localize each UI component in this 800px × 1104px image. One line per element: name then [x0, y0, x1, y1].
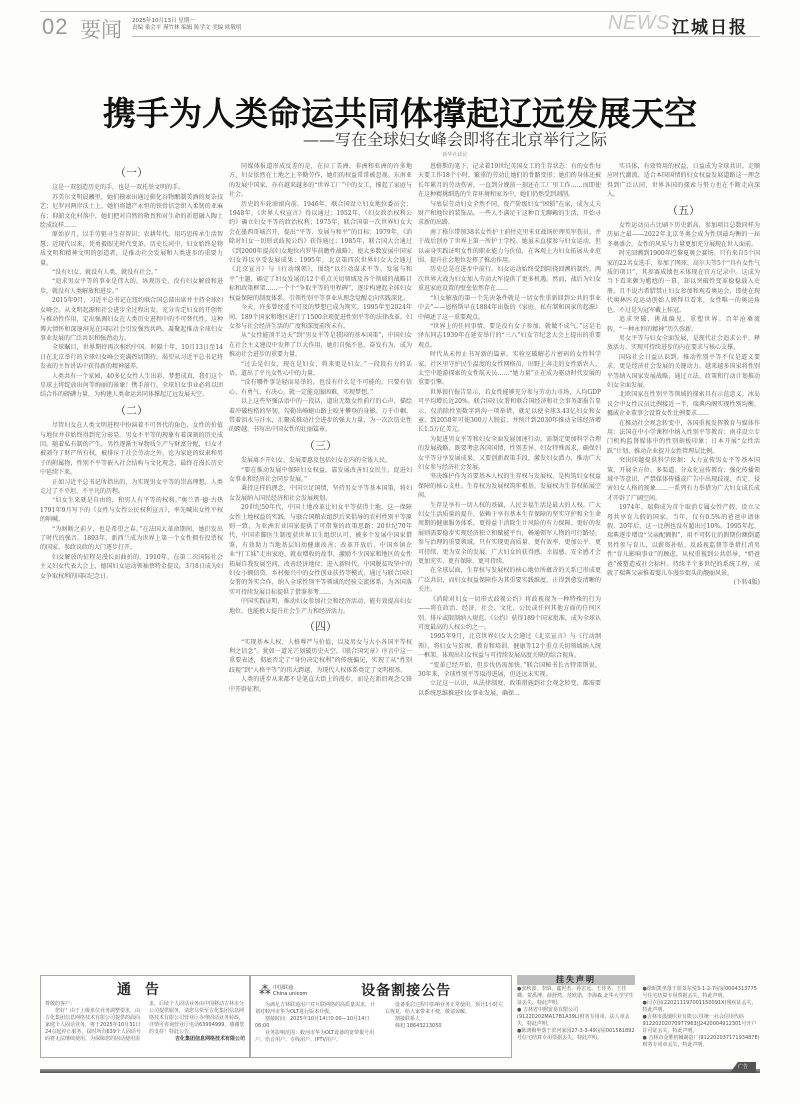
paragraph: 突出问题提供科学依据；大力宣传男女平等基本国策，开展全方位、多渠道、分众化宣传教… [607, 456, 760, 503]
cutover-contact-label: 割接联系人： [385, 1016, 507, 1023]
paragraph: 今天，许多曾经遥不可及的梦想已成为现实。1995年至2024年间，189个国家和… [229, 303, 412, 331]
article-column-1: （一） 这是一双创造历史的手，也是一双托举文明的手。 苏美尔文明晨曦里，她们摸索… [40, 162, 223, 952]
continued-on-page-4: (下转4版) [607, 578, 760, 587]
paragraph: 发展离不开妇女，发展要惠及包括妇女在内的全体人民。 [229, 456, 412, 465]
newspaper-page: 02 要闻 2025年10月13日 星期一 责编 巢会平 瑾竹林 编辑 陈学文 … [40, 0, 760, 1104]
section-name: 要闻 [80, 14, 122, 44]
article-body: （一） 这是一双创造历史的手，也是一双托举文明的手。 苏美尔文明晨曦里，她们摸索… [40, 162, 760, 952]
paragraph: “过去是妇女，现在是妇女，将来更是妇女。”一段段有力的话语，道出了平凡女性心中的… [229, 360, 412, 379]
cutover-impact: 设备重启过程中影响业务正常使用，预计1小时左右恢复，给大家带来不便，敬请谅解。 [385, 1002, 507, 1016]
masthead-meta: 2025年10月13日 星期一 责编 巢会平 瑾竹林 编辑 陈学文 美编 欧敬明 [132, 18, 242, 32]
paragraph: “没有哪件事是轻而易举的，也没有什么是不可能的。只要有信心、有勇气、有决心，就一… [229, 378, 412, 397]
lost-notices-title: 挂失声明 [517, 975, 635, 985]
paragraph: 原始岁月，以手劳驱寻生存智识；农耕年代，用巧思传承生活智慧；近现代以来，凭勇毅眼… [40, 230, 223, 268]
section-heading-3: （三） [229, 441, 412, 450]
section-heading-1: （一） [40, 168, 223, 177]
cutover-contact: 韩旭 18643213050 [385, 1023, 507, 1030]
paragraph: “变革已经开始，但步伐仍需加快。”联合国秘书长古特雷斯说，30年来，全球性别平等… [418, 661, 601, 680]
paragraph: 秉持这样的理念，中国立足国情，坚持男女平等基本国策，将妇女发展纳入国民经济和社会… [229, 484, 412, 503]
paragraph: 中国实践证明，推动妇女参加社会和经济活动，能有效提高妇女地位，也能极大提升社会生… [229, 597, 412, 616]
lost-item: ● 吉林市金胜机械制造厂(91220203717193487E)财务专用章丢失，… [643, 1035, 761, 1049]
paragraph: 南丁格尔带领38名女性护士前往克里米亚战场护理英军伤员，并于战后创办了世界上第一… [418, 228, 601, 266]
lost-item: ● 吉林省中熙贸易有限公司(91220202MA17B1A39L)财务专用章、法… [517, 1007, 635, 1028]
subheadline: ——写在全球妇女峰会即将在北京举行之际 [40, 127, 760, 150]
paper-logo: 江城日报 [672, 13, 748, 38]
china-unicom-logo: ⁂ 中国联通 China unicom [259, 983, 307, 997]
paragraph: 历史的车轮滚滚向前。1946年，联合国设立妇女地位委员会；1948年，《世界人权… [229, 200, 412, 303]
paragraph: 同媒体报道形成反差的是，在拉丁美洲、非洲和亚洲的许多地方，妇女依然在土地之上辛勤… [229, 162, 412, 200]
notice-signature: 吉化集团信息网络技术有限公司 [149, 1036, 245, 1043]
byline: 新华社政论 [40, 151, 760, 158]
cutover-time: 割接时间：2025年10月14日0:00—10月14日06:00 [255, 1016, 377, 1030]
paragraph: 以上这些坚强话语中的一段话，道出无数女性前行的心声，描绘着冲破桎梏的坚韧，勾勒出… [229, 397, 412, 435]
notice-body: 尊敬的客户： 您好！由于上级单位业务调整要求，由吉化集团信息网络技术有限公司提供… [41, 999, 249, 1045]
paragraph: 这是一双创造历史的手，也是一双托举文明的手。 [40, 183, 223, 192]
paragraph: 正如习近平总书记所指出的，为实现男女平等的崇高理想，人类走过了不平坦、不平凡的历… [40, 478, 223, 497]
paragraph: 从“女性能顶半边天”到“男女平等是我国的基本国策”，中国妇女在社会主义建设中发挥… [229, 331, 412, 359]
notice-ad: 通告 尊敬的客户： 您好！由于上级单位业务调整要求，由吉化集团信息网络技术有限公… [40, 975, 250, 1058]
notice-greeting: 尊敬的客户： [45, 1001, 141, 1008]
cutover-body: 为满足吉林联通用户对互联网络的高质量需求，计划对蛟河市华为OLT进行版本升级。 … [251, 1000, 511, 1046]
cutover-p1: 为满足吉林联通用户对互联网络的高质量需求，计划对蛟河市华为OLT进行版本升级。 [255, 1002, 377, 1016]
editors-line: 责编 巢会平 瑾竹林 编辑 陈学文 美编 欧敬明 [132, 25, 242, 32]
cutover-header: ⁂ 中国联通 China unicom 设备割接公告 [251, 976, 511, 1000]
page-number: 02 [42, 14, 68, 40]
paragraph: 立足这一认识，从法律制度、政策措施到社会观念转变，都需要以系统思维推进妇女事业发… [418, 679, 601, 698]
paragraph: 女性运动员占比刷下历史新高，参加项目总数同样为历届之最——2022年北京冬奥会成… [607, 221, 760, 249]
paragraph: “实现基本人权、人格尊严与价值，以及男女与大小各国平等权利之信念”。犹如一道光芒… [229, 638, 412, 676]
lost-item: ●吉林市孤烟织业有限公司(统一社会信用代码91220202070977963)J… [643, 1014, 761, 1035]
paragraph: 坚决维护作为首要基本人权的生存权与发展权，是构筑妇女权益保障的核心支柱。生存权为… [418, 472, 601, 500]
section-heading-2: （二） [40, 406, 223, 415]
article-column-3: 恩格斯的笔下，记录着19世纪英国女工的生存状态：有的女性每天要工作18个小时，繁… [418, 162, 601, 952]
paragraph: 人类共有一个家园，40多亿女性人生出彩、梦想成真，我们这个星球上将绽放出何等绚丽… [40, 372, 223, 400]
unicom-logo-en: China unicom [273, 991, 307, 997]
paragraph: 生存是享有一切人权的基础，人民幸福生活是最大的人权。广大妇女生活质量的提升，依赖… [418, 501, 601, 567]
paragraph: 全球瞩目，世界期待再次相约中国。时隔十年，10月13日至14日在北京举行的全球妇… [40, 343, 223, 371]
section-heading-4: （四） [229, 622, 412, 631]
ad-label-tag: 广告 [730, 1062, 756, 1073]
paragraph: 尽管妇女在人类文明进程中扮演着不可替代的角色，女性的价值与地位并非始终得到充分彰… [40, 421, 223, 477]
paragraph: “世界上的任何事情，要是没有女子参加，就做不成气。”这是毛泽东同志1939年在延… [418, 322, 601, 350]
unicom-logo-text: 中国联通 China unicom [273, 984, 307, 997]
lost-notices: 挂失声明 ●张秋波、李昭、鑫世杰、孙宏远、王佳务、王佳卿、贺禹博、薛舒然、范欣诺… [512, 975, 760, 1058]
lost-notices-list: ●张秋波、李昭、鑫世杰、孙宏远、王佳务、王佳卿、贺禹博、薛舒然、范欣诺、李海森 … [517, 986, 760, 1049]
paragraph: 为促进男女平等和妇女全面发展加速行动，需制定更加科学合理的发展战略，既要考虑各国… [418, 435, 601, 473]
news-wordmark: NEWS [608, 12, 670, 35]
paragraph: “追求男女平等的事业是伟大的。纵观历史，没有妇女解放和进步，就没有人类解放和进步… [40, 277, 223, 296]
paragraph: 《消除对妇女一切形式歧视公约》将歧视视为一种特殊的行为——将在政治、经济、社会、… [418, 595, 601, 633]
paragraph: 恩格斯的笔下，记录着19世纪英国女工的生存状态：有的女性每天要工作18个小时，繁… [418, 162, 601, 200]
paragraph: 时代从未停止书写新的篇章。实验室破解芯片密码的女性科学家，社区里守护民生温度的女… [418, 350, 601, 388]
paragraph: “妇女生来就是自由的，和男人有平等的权利。”奥兰普·德·古热1791年9月写下的… [40, 496, 223, 524]
paragraph: 在推动社会观念转变中，各国重视发挥教育与媒体作用：法国在中小学课程中纳入性别平等… [607, 419, 760, 457]
cutover-title: 设备割接公告 [307, 980, 505, 1000]
paragraph: 实具体，有效管用的权益，日益成为全球共识。走顺应时代潮流、适合本国国情的妇女权益… [607, 162, 760, 200]
paragraph: 时光回溯到1900年巴黎夏奥会赛场。只有来自5个国家的22名女选手，参加了网球、… [607, 249, 760, 315]
paragraph: 北欧国家在性别平等领域的探索具有示范意义。冰岛议会中女性议员比例接近一半，瑞典内… [607, 390, 760, 418]
article-column-2: 同媒体报道形成反差的是，在拉丁美洲、非洲和亚洲的许多地方，妇女依然在土地之上辛勤… [229, 162, 412, 952]
paragraph: 历史总是在进步中前行。妇女运动始终受到阻挠回溯的制约。两次世界大战为妇女加入劳动… [418, 265, 601, 293]
paragraph: 2015年9月，习近平总书记在纽约联合国总部出席并主持全球妇女峰会。从文明起源和… [40, 296, 223, 343]
paragraph: 1974年，瑞典成为首个取消专属女性产假，设立父母共享育儿假的国家。当年，仅有0… [607, 503, 760, 578]
paragraph: 人类的进步从来都不是笔直大街上的漫步，而是在新旧观念交锋中开辟征程。 [229, 675, 412, 694]
lost-item: ●张秋波、李昭、鑫世杰、孙宏远、王佳务、王佳卿、贺禹博、薛舒然、范欣诺、李海森 … [517, 986, 635, 1007]
masthead: 02 要闻 2025年10月13日 星期一 责编 巢会平 瑾竹林 编辑 陈学文 … [40, 10, 760, 40]
ads-strip: 通告 尊敬的客户： 您好！由于上级单位业务调整要求，由吉化集团信息网络技术有限公… [40, 970, 760, 1090]
lost-item: ●陈鸿梅坐落于滨河家园27-3-3-49房屋001581892号住宅结算专用票据… [517, 1028, 635, 1042]
paragraph: “妇女解放的第一个先决条件就是一切女性重新回到公共的事业中去”——恩格斯早在18… [418, 294, 601, 322]
cutover-scope: 业务影响范围：蛟河市华为OLT设备的宽带拨号用户、语音用户、专线用户、IPTV用… [255, 1030, 377, 1044]
cutover-ad: ⁂ 中国联通 China unicom 设备割接公告 为满足吉林联通用户对互联网… [250, 975, 512, 1058]
paragraph: 在全球层面，生存权与发展权的核心地位所蕴含的关系已形成更广泛共识，而妇女权益保障… [418, 566, 601, 594]
paragraph: 追求突破，挑战偏见，重塑世界。百年沧桑流转，“一种永恒的精神”历久弥新。 [607, 315, 760, 334]
paragraph: 与底层劳动妇女全然不同，资产阶级妇女“困锁”在家，成为丈夫财产和地位的装饰品。一… [418, 200, 601, 228]
ads-bottom-bar [40, 1069, 760, 1073]
date-line: 2025年10月13日 星期一 [132, 18, 242, 25]
lost-item: ●徐昭凯坐落于蓝景东悦3-1-2-7房屋0004313775号住宅结算专用票据丢… [643, 986, 761, 1000]
lost-item: ●闫立国(220211197001150091X)残疾证丢失，特此声明。 [643, 1000, 761, 1014]
masthead-top-rule [40, 11, 650, 12]
paragraph: 世界银行报告显示，若女性能够充分参与劳动力市场，人均GDP可平均增长近20%。联… [418, 388, 601, 435]
paragraph: 男女平等与妇女全面发展，是现代社会追求公平、释放活力、实现可持续进步的内在要求与… [607, 334, 760, 353]
paragraph: 苏美尔文明晨曦里，她们摸索出通过驯化谷物酿制美酒的复杂技艺；尼罗河两岸沃土上，她… [40, 193, 223, 231]
paragraph: 国际社会日益认识到，推动性别平等不仅是道义要求，更是经济社会发展的关键动力。越来… [607, 353, 760, 391]
section-heading-5: （五） [607, 206, 760, 215]
masthead-bottom-rule [132, 36, 760, 37]
notice-title: 通告 [41, 979, 249, 999]
paragraph: 妇女解放的征程是漫长而曲折的。1910年，在第二次国际社会主义妇女代表大会上，德… [40, 553, 223, 581]
paragraph: “没有妇女，就没有人类，就没有社会。” [40, 268, 223, 277]
article-column-4: 实具体，有效管用的权益，日益成为全球共识。走顺应时代潮流、适合本国国情的妇女权益… [607, 162, 760, 952]
paragraph: “要在推动发展中保障妇女权益，靠发展改善妇女民生，促进妇女事业和经济社会同步发展… [229, 466, 412, 485]
paragraph: 1995年9月，北京世界妇女大会通过《北京宣言》与《行动纲领》，将妇女与贫困、教… [418, 632, 601, 660]
paragraph: 20世纪50年代，中国土地改革让妇女平等获得土地，这一保障女性土地权益的实践，与… [229, 503, 412, 597]
unicom-knot-icon: ⁂ [259, 983, 271, 997]
paragraph: “为财断之前夕，也是希望之春。”在法国大革命期间，她们发出了时代的强音。1893… [40, 525, 223, 553]
